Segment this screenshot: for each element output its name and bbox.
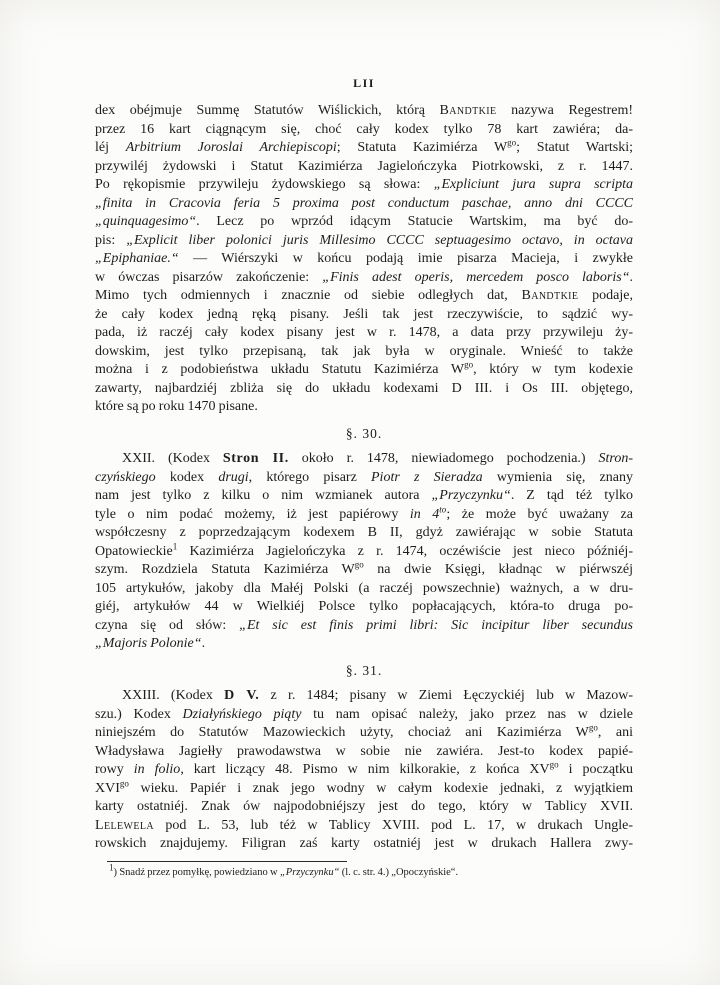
text-run-sc: Lelewela: [95, 818, 154, 833]
text-run: w ówczas pisarzów zakończenie:: [95, 270, 322, 285]
text-run: XXIII. (Kodex: [122, 688, 224, 703]
text-line: XXII. (Kodex Stron II. około r. 1478, ni…: [95, 450, 633, 469]
text-run-i: „Expliciunt jura supra scripta: [434, 177, 633, 192]
text-run: i początku: [559, 762, 633, 777]
text-run: 105 artykułów, jakoby dla Małéj Polski (…: [95, 581, 633, 596]
text-run-sup: go: [550, 759, 559, 769]
text-run: które są po roku 1470 pisane.: [95, 399, 258, 414]
text-run: tu nam opisać należy, jako przez nas w d…: [301, 707, 633, 722]
text-run: pada, iż raczéj cały kodex pisany jest w…: [95, 325, 633, 340]
text-run-sup: go: [464, 359, 473, 369]
text-run: zawarty, najbardziéj zbliża się do układ…: [95, 381, 633, 396]
text-line: karty ostatniéj. Znak ów najpodobniéjszy…: [95, 798, 633, 817]
text-run: że cały kodex jedną ręką pisany. Jeśli t…: [95, 307, 633, 322]
text-line: dex obéjmuje Summę Statutów Wiślickich, …: [95, 102, 633, 121]
text-line: giéj, artykułów 44 w Wielkiéj Polsce tyl…: [95, 598, 633, 617]
text-run: (l. c. str. 4.) „Opoczyńskie“.: [339, 867, 458, 878]
text-run: ; Statut Wartski;: [516, 140, 633, 155]
text-line: które są po roku 1470 pisane.: [95, 398, 633, 417]
text-line: można i z podobieństwa układu Statutu Ka…: [95, 361, 633, 380]
text-run: . Lecz po wprzód idącym Statucie Wartski…: [196, 214, 633, 229]
text-line: XVIgo wieku. Papiér i znak jego wodny w …: [95, 780, 633, 799]
text-line: Lelewela pod L. 53, lub téż w Tablicy XV…: [95, 817, 633, 836]
page-number: LII: [95, 76, 633, 91]
text-line: że cały kodex jedną ręką pisany. Jeśli t…: [95, 306, 633, 325]
text-run: pis:: [95, 233, 126, 248]
text-line: rowy in folio, kart liczący 48. Pismo w …: [95, 761, 633, 780]
text-line: niniejszém do Statutów Mazowieckich użyt…: [95, 724, 633, 743]
text-run-i: Stron-: [599, 451, 633, 466]
text-run: léj: [95, 140, 126, 155]
text-run: Kazimiérza Jagielończyka z r. 1474, oczé…: [177, 544, 633, 559]
text-run: nam jest tylko z kilku o nim wzmianek au…: [95, 488, 431, 503]
text-block: dex obéjmuje Summę Statutów Wiślickich, …: [95, 102, 633, 879]
section-heading: §. 30.: [95, 425, 633, 444]
footnote-separator: [107, 861, 347, 862]
text-run-i: „Przyczynku“: [431, 488, 510, 503]
text-run: pod L. 53, lub téż w Tablicy XVIII. pod …: [154, 818, 633, 833]
text-run-sc: Bandtkie: [521, 288, 578, 303]
text-run: nazywa Regestrem!: [497, 103, 633, 118]
text-run-i: „Finis adest operis, mercedem posco labo…: [322, 270, 629, 285]
text-line: przez 16 kart ciągnącym się, choć cały k…: [95, 121, 633, 140]
text-run: giéj, artykułów 44 w Wielkiéj Polsce tyl…: [95, 599, 633, 614]
text-run-i: „Majoris Polonie“: [95, 636, 202, 651]
text-run-i: drugi: [218, 470, 248, 485]
text-run: przywiléj żydowski i Statut Kazimiérza J…: [95, 159, 633, 174]
scanned-book-page: LII dex obéjmuje Summę Statutów Wiślicki…: [0, 0, 720, 985]
text-line: „Epiphaniae.“ — Wiérszyki w końcu podają…: [95, 250, 633, 269]
text-line: pis: „Explicit liber polonici juris Mill…: [95, 232, 633, 251]
text-run: ) Snadź przez pomyłkę, powiedziano w: [114, 867, 280, 878]
text-run-i: Arbitrium Joroslai Archiepiscopi: [126, 140, 337, 155]
text-run: , który w tym kodexie: [473, 362, 633, 377]
text-run: szu.) Kodex: [95, 707, 183, 722]
text-line: czyna się od słów: „Et sic est finis pri…: [95, 617, 633, 636]
text-line: „Majoris Polonie“.: [95, 635, 633, 654]
paragraph: XXII. (Kodex Stron II. około r. 1478, ni…: [95, 450, 633, 654]
text-line: czyńskiego kodex drugi, którego pisarz P…: [95, 469, 633, 488]
text-run-i: „Explicit liber polonici juris Millesimo…: [126, 233, 633, 248]
text-line: Władysława Jagiełły prawodawstwa w sobie…: [95, 743, 633, 762]
text-line: XXIII. (Kodex D V. z r. 1484; pisany w Z…: [95, 687, 633, 706]
text-run: współczesny z poprzedzającym kodexem B I…: [95, 525, 633, 540]
text-run: czyna się od słów:: [95, 618, 239, 633]
text-line: rowskich znajdujemy. Filigran zaś karty …: [95, 835, 633, 854]
text-run: dex obéjmuje Summę Statutów Wiślickich, …: [95, 103, 440, 118]
text-run: podaje,: [578, 288, 633, 303]
text-run: , ani: [598, 725, 633, 740]
text-line: léj Arbitrium Joroslai Archiepiscopi; St…: [95, 139, 633, 158]
paragraph: XXIII. (Kodex D V. z r. 1484; pisany w Z…: [95, 687, 633, 854]
paragraph: dex obéjmuje Summę Statutów Wiślickich, …: [95, 102, 633, 417]
text-run: , którego pisarz: [249, 470, 371, 485]
text-run: XVI: [95, 781, 120, 796]
text-run: Po rękopismie przywileju żydowskiego są …: [95, 177, 434, 192]
text-line: Po rękopismie przywileju żydowskiego są …: [95, 176, 633, 195]
text-run-i: „Przyczynku“: [280, 867, 340, 878]
text-run: Władysława Jagiełły prawodawstwa w sobie…: [95, 744, 633, 759]
text-run-i: „quinquagesimo“: [95, 214, 196, 229]
text-run: kodex: [156, 470, 219, 485]
text-run: Opatowieckie: [95, 544, 173, 559]
text-run-i: in folio: [134, 762, 181, 777]
footnote-text: 1) Snadź przez pomyłkę, powiedziano w „P…: [95, 866, 633, 879]
text-run-sup: go: [120, 778, 129, 788]
text-run: ; Statuta Kazimiérza W: [337, 140, 507, 155]
text-run-b: Stron II.: [223, 451, 289, 466]
text-line: szym. Rozdziela Statuta Kazimiérza Wgo n…: [95, 561, 633, 580]
text-run-i: Piotr z Sieradza: [371, 470, 483, 485]
text-run-i: „finita in Cracovia feria 5 proxima post…: [95, 196, 633, 211]
text-line: przywiléj żydowski i Statut Kazimiérza J…: [95, 158, 633, 177]
text-run: karty ostatniéj. Znak ów najpodobniéjszy…: [95, 799, 633, 814]
text-line: współczesny z poprzedzającym kodexem B I…: [95, 524, 633, 543]
text-line: pada, iż raczéj cały kodex pisany jest w…: [95, 324, 633, 343]
text-line: w ówczas pisarzów zakończenie: „Finis ad…: [95, 269, 633, 288]
text-line: „quinquagesimo“. Lecz po wprzód idącym S…: [95, 213, 633, 232]
text-run-sup: go: [589, 722, 598, 732]
text-run: — Wiérszyki w końcu podają imie pisarza …: [179, 251, 633, 266]
text-run: tyle o nim podać możemy, iż jest papiéro…: [95, 507, 410, 522]
text-run: rowy: [95, 762, 134, 777]
text-line: nam jest tylko z kilku o nim wzmianek au…: [95, 487, 633, 506]
text-run-b: D V.: [224, 688, 259, 703]
text-run: .: [630, 270, 634, 285]
section-heading: §. 31.: [95, 662, 633, 681]
text-run: z r. 1484; pisany w Ziemi Łęczyckiéj lub…: [259, 688, 633, 703]
text-line: zawarty, najbardziéj zbliża się do układ…: [95, 380, 633, 399]
text-run: około r. 1478, niewiadomego pochodzenia.…: [289, 451, 599, 466]
text-run-i: „Et sic est finis primi libri: Sic incip…: [239, 618, 633, 633]
text-run: , kart liczący 48. Pismo w nim kilkoraki…: [180, 762, 549, 777]
text-run-i: czyńskiego: [95, 470, 156, 485]
text-run: Mimo tych odmiennych i znacznie od siebi…: [95, 288, 521, 303]
text-line: Mimo tych odmiennych i znacznie od siebi…: [95, 287, 633, 306]
text-run: ; że może być uważany za: [446, 507, 633, 522]
text-run: niniejszém do Statutów Mazowieckich użyt…: [95, 725, 589, 740]
text-run: dowskim, jest tylko przepisaną, tak jak …: [95, 344, 633, 359]
text-run: . Z tąd téż tylko: [511, 488, 633, 503]
text-run: rowskich znajdujemy. Filigran zaś karty …: [95, 836, 633, 851]
text-run: na dwie Księgi, kładnąc w piérwszéj: [364, 562, 633, 577]
text-line: dowskim, jest tylko przepisaną, tak jak …: [95, 343, 633, 362]
text-run: wieku. Papiér i znak jego wodny w całym …: [129, 781, 633, 796]
text-run: XXII. (Kodex: [122, 451, 223, 466]
text-line: „finita in Cracovia feria 5 proxima post…: [95, 195, 633, 214]
text-run-sc: Bandtkie: [440, 103, 497, 118]
text-line: tyle o nim podać możemy, iż jest papiéro…: [95, 506, 633, 525]
text-run-sup: go: [507, 137, 516, 147]
text-run-i: Działyńskiego piąty: [183, 707, 302, 722]
text-run: .: [202, 636, 206, 651]
text-line: 105 artykułów, jakoby dla Małéj Polski (…: [95, 580, 633, 599]
text-run: szym. Rozdziela Statuta Kazimiérza W: [95, 562, 355, 577]
text-run: wymienia się, znany: [483, 470, 633, 485]
text-run-i: in 4: [410, 507, 439, 522]
text-run: przez 16 kart ciągnącym się, choć cały k…: [95, 122, 633, 137]
text-line: Opatowieckie1 Kazimiérza Jagielończyka z…: [95, 543, 633, 562]
text-run-sup: go: [355, 559, 364, 569]
text-run: można i z podobieństwa układu Statutu Ka…: [95, 362, 464, 377]
text-line: szu.) Kodex Działyńskiego piąty tu nam o…: [95, 706, 633, 725]
text-run-i: „Epiphaniae.“: [95, 251, 179, 266]
